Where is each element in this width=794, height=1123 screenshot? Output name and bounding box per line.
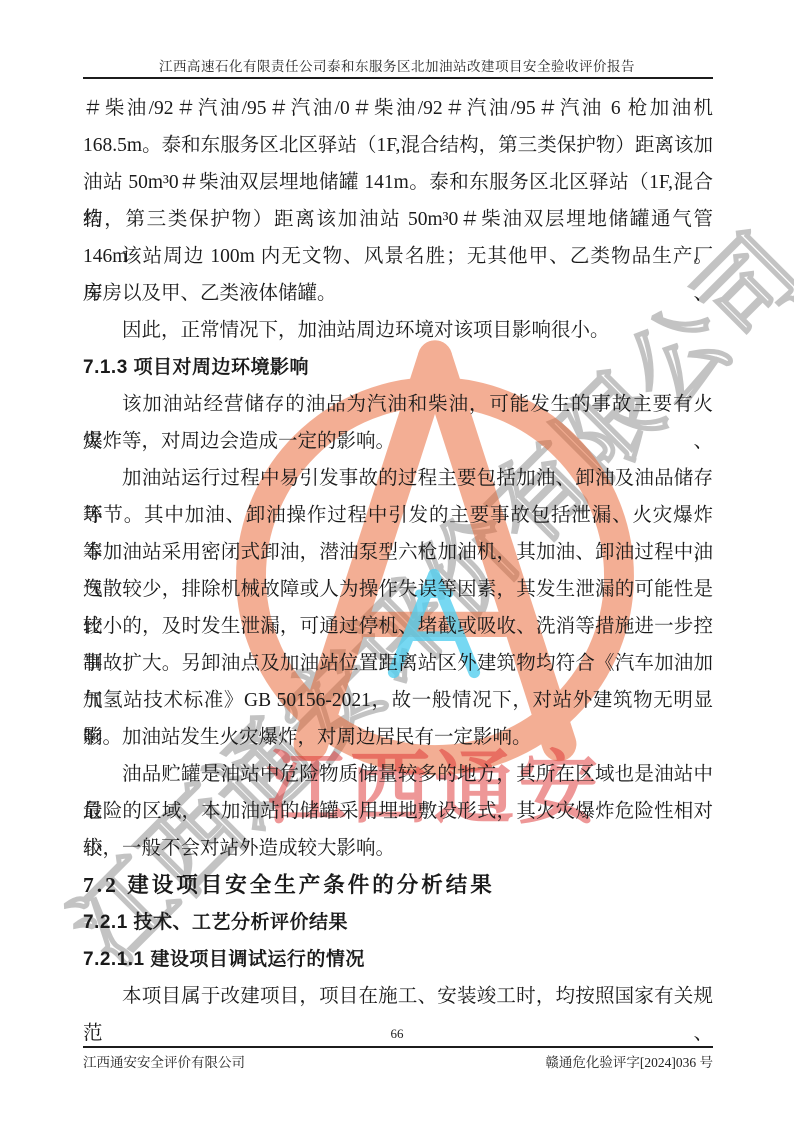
- paragraph-line: 加油站运行过程中易引发事故的过程主要包括加油、卸油及油品储存等: [83, 460, 713, 497]
- footer: 江西通安安全评价有限公司 赣通危化验评字[2024]036 号: [83, 1051, 713, 1071]
- paragraph-line: 较小的，及时发生泄漏，可通过停机、堵截或吸收、洗消等措施进一步控制: [83, 608, 713, 645]
- page-number: 66: [0, 1026, 794, 1042]
- paragraph-line: 168.5m。泰和东服务区北区驿站（1F,混合结构，第三类保护物）距离该加: [83, 127, 713, 164]
- paragraph-line: 加氢站技术标准》GB 50156-2021，故一般情况下，对站外建筑物无明显影: [83, 682, 713, 719]
- paragraph-line: 油站 50m³0＃柴油双层埋地储罐 141m。泰和东服务区北区驿站（1F,混合结: [83, 164, 713, 201]
- section-heading: 7.2.1.1 建设项目调试运行的情况: [83, 941, 713, 978]
- paragraph-line: 危险的区域，本加油站的储罐采用埋地敷设形式，其火灾爆炸危险性相对较: [83, 793, 713, 830]
- report-header-title: 江西高速石化有限责任公司泰和东服务区北加油站改建项目安全验收评价报告: [0, 55, 794, 75]
- footer-divider: [83, 1046, 713, 1048]
- paragraph-line: 该站周边 100m 内无文物、风景名胜；无其他甲、乙类物品生产厂房、: [83, 238, 713, 275]
- paragraph-line: ＃柴油/92＃汽油/95＃汽油/0＃柴油/92＃汽油/95＃汽油 6 枪加油机: [83, 90, 713, 127]
- footer-company-name: 江西通安安全评价有限公司: [83, 1051, 245, 1071]
- paragraph-line: 本加油站采用密闭式卸油，潜油泵型六枪加油机，其加油、卸油过程中油气: [83, 534, 713, 571]
- section-heading: 7.2.1 技术、工艺分析评价结果: [83, 904, 713, 941]
- section-heading: 7.1.3 项目对周边环境影响: [83, 349, 713, 386]
- paragraph-line: 响。加油站发生火灾爆炸，对周边居民有一定影响。: [83, 719, 713, 756]
- report-page: 江西通安评价有限公司 江西通安 江西高速石化有限责任公司泰和东服务区北加油站改建…: [0, 0, 794, 1123]
- paragraph-line: 因此，正常情况下，加油站周边环境对该项目影响很小。: [83, 312, 713, 349]
- footer-document-number: 赣通危化验评字[2024]036 号: [545, 1051, 713, 1071]
- paragraph-line: 小，一般不会对站外造成较大影响。: [83, 830, 713, 867]
- paragraph-line: 逸散较少，排除机械故障或人为操作失误等因素，其发生泄漏的可能性是比: [83, 571, 713, 608]
- section-heading: 7.2 建设项目安全生产条件的分析结果: [83, 867, 713, 904]
- header-divider: [83, 77, 713, 79]
- paragraph-line: 事故扩大。另卸油点及加油站位置距离站区外建筑物均符合《汽车加油加气: [83, 645, 713, 682]
- paragraph-line: 油品贮罐是油站中危险物质储量较多的地方，其所在区域也是油站中最: [83, 756, 713, 793]
- paragraph-line: 本项目属于改建项目，项目在施工、安装竣工时，均按照国家有关规范、: [83, 978, 713, 1015]
- paragraph-line: 该加油站经营储存的油品为汽油和柴油，可能发生的事故主要有火灾、: [83, 386, 713, 423]
- paragraph-line: 构，第三类保护物）距离该加油站 50m³0＃柴油双层埋地储罐通气管 146m。: [83, 201, 713, 238]
- paragraph-line: 环节。其中加油、卸油操作过程中引发的主要事故包括泄漏、火灾爆炸等，: [83, 497, 713, 534]
- document-body: ＃柴油/92＃汽油/95＃汽油/0＃柴油/92＃汽油/95＃汽油 6 枪加油机1…: [83, 90, 713, 1015]
